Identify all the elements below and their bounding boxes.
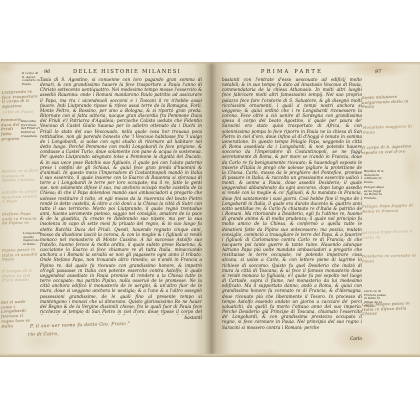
page-block-bottom-edge bbox=[0, 353, 420, 357]
right-running-header: PRIMA PARTE bbox=[222, 69, 362, 75]
handwritten-note: Città di Pauia bbox=[3, 110, 39, 115]
left-body-text: Tasia di S. Agostino, si conuenne con lo… bbox=[40, 77, 202, 315]
right-catchword: Carlo bbox=[222, 337, 362, 342]
left-running-header: DELLE HISTORIE MILANESI bbox=[52, 69, 202, 75]
right-page-number: 97 bbox=[375, 69, 381, 75]
left-catchword: bastanti bbox=[40, 316, 202, 321]
handwritten-note: Santo Saluatore uolgarmente detto in Pau… bbox=[362, 94, 420, 110]
handwritten-note: Pelagio Papa fuggito di Roma in Francia bbox=[362, 203, 420, 214]
handwritten-note: P. il suo uer nome fu detto Gio. Franc.° bbox=[30, 322, 150, 330]
handwritten-note: Adriano Papa ricorse a Carlo re bbox=[362, 229, 420, 240]
handwritten-note: Astolfo re prese Rauenna contra il Papa bbox=[2, 189, 40, 204]
printed-gloss: Longobardi quanto regnarono in Italia. bbox=[23, 232, 42, 247]
printed-gloss: Basilica di S. Saluatore edificata in Pa… bbox=[364, 170, 385, 185]
photo-background: { "meta": { "description": "Photograph o… bbox=[0, 0, 420, 420]
handwritten-note: Carlo Magno passa in Italia in difesa de… bbox=[362, 301, 420, 317]
printed-gloss: Discordia fra'l Duca del Friuli e'l Patr… bbox=[21, 120, 42, 139]
handwritten-note: Liutprando re fece trasportare il corpo … bbox=[2, 89, 43, 109]
left-page: 96 DELLE HISTORIE MILANESI Tasia di S. A… bbox=[0, 62, 210, 357]
printed-gloss: Il corpo di S. Agost. condotto in Pauia. bbox=[22, 72, 41, 87]
right-page: PRIMA PARTE 97 bastanti con l'entrate d'… bbox=[210, 62, 420, 357]
handwritten-note: Desiderio re coronato in Pauia bbox=[362, 253, 420, 263]
handwritten-note: Hospitale maggiore di Pauia bbox=[363, 124, 419, 135]
handwritten-note: Il tempio di S. Pietro in ciel d'oro dot… bbox=[2, 269, 40, 284]
book-gutter-shadow bbox=[194, 62, 232, 357]
right-body-text: bastanti con l'entrate d'esso uescouato … bbox=[222, 77, 362, 335]
left-page-number: 96 bbox=[44, 69, 50, 75]
handwritten-note: Stefano Papa andò in Francia da Pipino r… bbox=[2, 212, 40, 227]
handwritten-note: Rachis re si fece monaco in Monte Cassin… bbox=[2, 169, 40, 184]
handwritten-note: Il corpo di S. Agostino riposto in ciel … bbox=[362, 144, 420, 155]
printed-gloss: Pelagio Papa se ne fuggì da Roma in Fran… bbox=[364, 186, 386, 201]
handwritten-note: Pipino passò in Italia et assediò Pauia bbox=[2, 247, 40, 262]
page-block-top-edge bbox=[0, 62, 420, 65]
handwritten-note: rio di Cairo, bbox=[28, 332, 108, 338]
handwritten-note: Pemmone duca del Friuli fatto prigione bbox=[1, 118, 23, 142]
book-spread: 96 DELLE HISTORIE MILANESI Tasia di S. A… bbox=[0, 62, 420, 357]
